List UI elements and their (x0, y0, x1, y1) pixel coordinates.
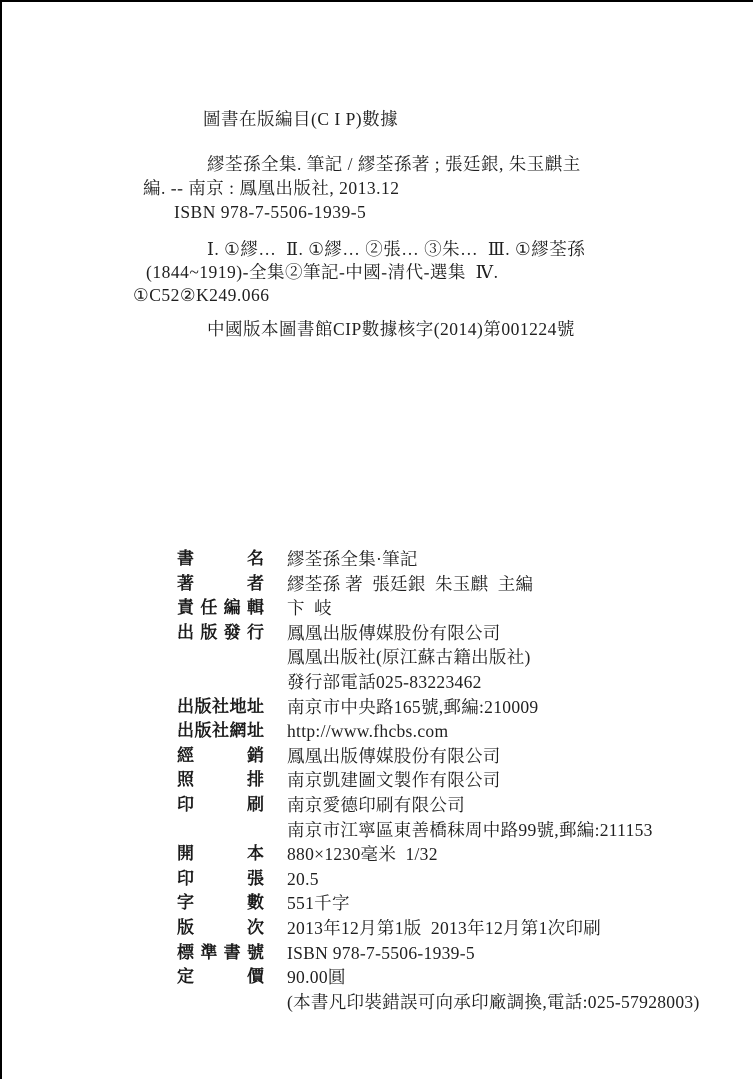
colophon-row: 版次 2013年12月第1版 2013年12月第1次印刷 (177, 916, 717, 941)
colophon-value-line: 南京市江寧區東善橋秣周中路99號,郵編:211153 (287, 818, 717, 843)
colophon-label: 版次 (177, 916, 264, 941)
colophon-label: 責任編輯 (177, 596, 264, 621)
colophon-value: 南京凱建圖文製作有限公司 (287, 768, 717, 793)
colophon-row: 出版社網址 http://www.fhcbs.com (177, 719, 717, 744)
colophon-row: 著者 繆荃孫 著 張廷銀 朱玉麒 主編 (177, 572, 717, 597)
colophon-value: ISBN 978-7-5506-1939-5 (287, 941, 717, 966)
colophon-value: 南京愛德印刷有限公司南京市江寧區東善橋秣周中路99號,郵編:211153 (287, 793, 717, 842)
colophon-section: 書名 繆荃孫全集·筆記 著者 繆荃孫 著 張廷銀 朱玉麒 主編 責任編輯 卞 岐… (177, 547, 717, 1014)
colophon-row: 定價 90.00圓(本書凡印裝錯誤可向承印廠調換,電話:025-57928003… (177, 965, 717, 1014)
colophon-label: 經銷 (177, 744, 264, 769)
colophon-value: 繆荃孫 著 張廷銀 朱玉麒 主編 (287, 572, 717, 597)
colophon-row: 照排 南京凱建圖文製作有限公司 (177, 768, 717, 793)
colophon-value: 2013年12月第1版 2013年12月第1次印刷 (287, 916, 717, 941)
colophon-label: 出版發行 (177, 621, 264, 646)
cip-record-number: 中國版本圖書館CIP數據核字(2014)第001224號 (207, 318, 575, 341)
colophon-label: 標準書號 (177, 941, 264, 966)
colophon-value: 20.5 (287, 867, 717, 892)
colophon-value-line: 卞 岐 (287, 596, 717, 621)
colophon-label: 開本 (177, 842, 264, 867)
cip-paragraph-line: 繆荃孫全集. 筆記 / 繆荃孫著 ; 張廷銀, 朱玉麒主 (207, 153, 581, 176)
colophon-label: 出版社地址 (177, 695, 264, 720)
colophon-row: 責任編輯 卞 岐 (177, 596, 717, 621)
cip-classification-line: Ⅰ. ①繆… Ⅱ. ①繆… ②張… ③朱… Ⅲ. ①繆荃孫 (207, 238, 585, 261)
cip-isbn-line: ISBN 978-7-5506-1939-5 (174, 201, 366, 224)
colophon-label: 字數 (177, 891, 264, 916)
colophon-value-line: 繆荃孫全集·筆記 (287, 547, 717, 572)
colophon-value-line: 南京凱建圖文製作有限公司 (287, 768, 717, 793)
colophon-value-line: 發行部電話025-83223462 (287, 670, 717, 695)
colophon-label: 印刷 (177, 793, 264, 818)
colophon-value: 卞 岐 (287, 596, 717, 621)
colophon-label: 出版社網址 (177, 719, 264, 744)
colophon-row: 標準書號 ISBN 978-7-5506-1939-5 (177, 941, 717, 966)
colophon-label: 著者 (177, 572, 264, 597)
colophon-value: http://www.fhcbs.com (287, 719, 717, 744)
colophon-value-line: 20.5 (287, 867, 717, 892)
colophon-value-line: ISBN 978-7-5506-1939-5 (287, 941, 717, 966)
colophon-value: 90.00圓(本書凡印裝錯誤可向承印廠調換,電話:025-57928003) (287, 965, 717, 1014)
colophon-value-line: 南京市中央路165號,郵編:210009 (287, 695, 717, 720)
cip-classification-line: (1844~1919)-全集②筆記-中國-清代-選集 Ⅳ. (146, 261, 499, 284)
colophon-value-line: http://www.fhcbs.com (287, 719, 717, 744)
colophon-value-line: 880×1230毫米 1/32 (287, 842, 717, 867)
colophon-value: 鳳凰出版傳媒股份有限公司鳳凰出版社(原江蘇古籍出版社)發行部電話025-8322… (287, 621, 717, 695)
colophon-value: 551千字 (287, 891, 717, 916)
colophon-label: 定價 (177, 965, 264, 990)
colophon-value: 880×1230毫米 1/32 (287, 842, 717, 867)
colophon-value-line: 南京愛德印刷有限公司 (287, 793, 717, 818)
colophon-row: 字數 551千字 (177, 891, 717, 916)
colophon-value: 南京市中央路165號,郵編:210009 (287, 695, 717, 720)
cip-paragraph-line: 編. -- 南京 : 鳳凰出版社, 2013.12 (143, 177, 400, 200)
colophon-row: 經銷 鳳凰出版傳媒股份有限公司 (177, 744, 717, 769)
colophon-row: 出版社地址 南京市中央路165號,郵編:210009 (177, 695, 717, 720)
colophon-row: 開本 880×1230毫米 1/32 (177, 842, 717, 867)
colophon-value-line: 551千字 (287, 891, 717, 916)
cip-classification-line: ①C52②K249.066 (133, 284, 270, 307)
colophon-value: 鳳凰出版傳媒股份有限公司 (287, 744, 717, 769)
colophon-label: 照排 (177, 768, 264, 793)
colophon-value-line: 鳳凰出版社(原江蘇古籍出版社) (287, 645, 717, 670)
cip-header: 圖書在版編目(C I P)數據 (203, 108, 398, 131)
colophon-value: 繆荃孫全集·筆記 (287, 547, 717, 572)
colophon-value-line: (本書凡印裝錯誤可向承印廠調換,電話:025-57928003) (287, 990, 717, 1015)
colophon-value-line: 鳳凰出版傳媒股份有限公司 (287, 621, 717, 646)
colophon-value-line: 鳳凰出版傳媒股份有限公司 (287, 744, 717, 769)
colophon-label: 書名 (177, 547, 264, 572)
colophon-value-line: 2013年12月第1版 2013年12月第1次印刷 (287, 916, 717, 941)
colophon-row: 印刷 南京愛德印刷有限公司南京市江寧區東善橋秣周中路99號,郵編:211153 (177, 793, 717, 842)
book-copyright-page: 圖書在版編目(C I P)數據 繆荃孫全集. 筆記 / 繆荃孫著 ; 張廷銀, … (0, 0, 753, 1079)
colophon-row: 書名 繆荃孫全集·筆記 (177, 547, 717, 572)
colophon-label: 印張 (177, 867, 264, 892)
colophon-value-line: 繆荃孫 著 張廷銀 朱玉麒 主編 (287, 572, 717, 597)
colophon-row: 出版發行 鳳凰出版傳媒股份有限公司鳳凰出版社(原江蘇古籍出版社)發行部電話025… (177, 621, 717, 695)
colophon-row: 印張 20.5 (177, 867, 717, 892)
colophon-value-line: 90.00圓 (287, 965, 717, 990)
